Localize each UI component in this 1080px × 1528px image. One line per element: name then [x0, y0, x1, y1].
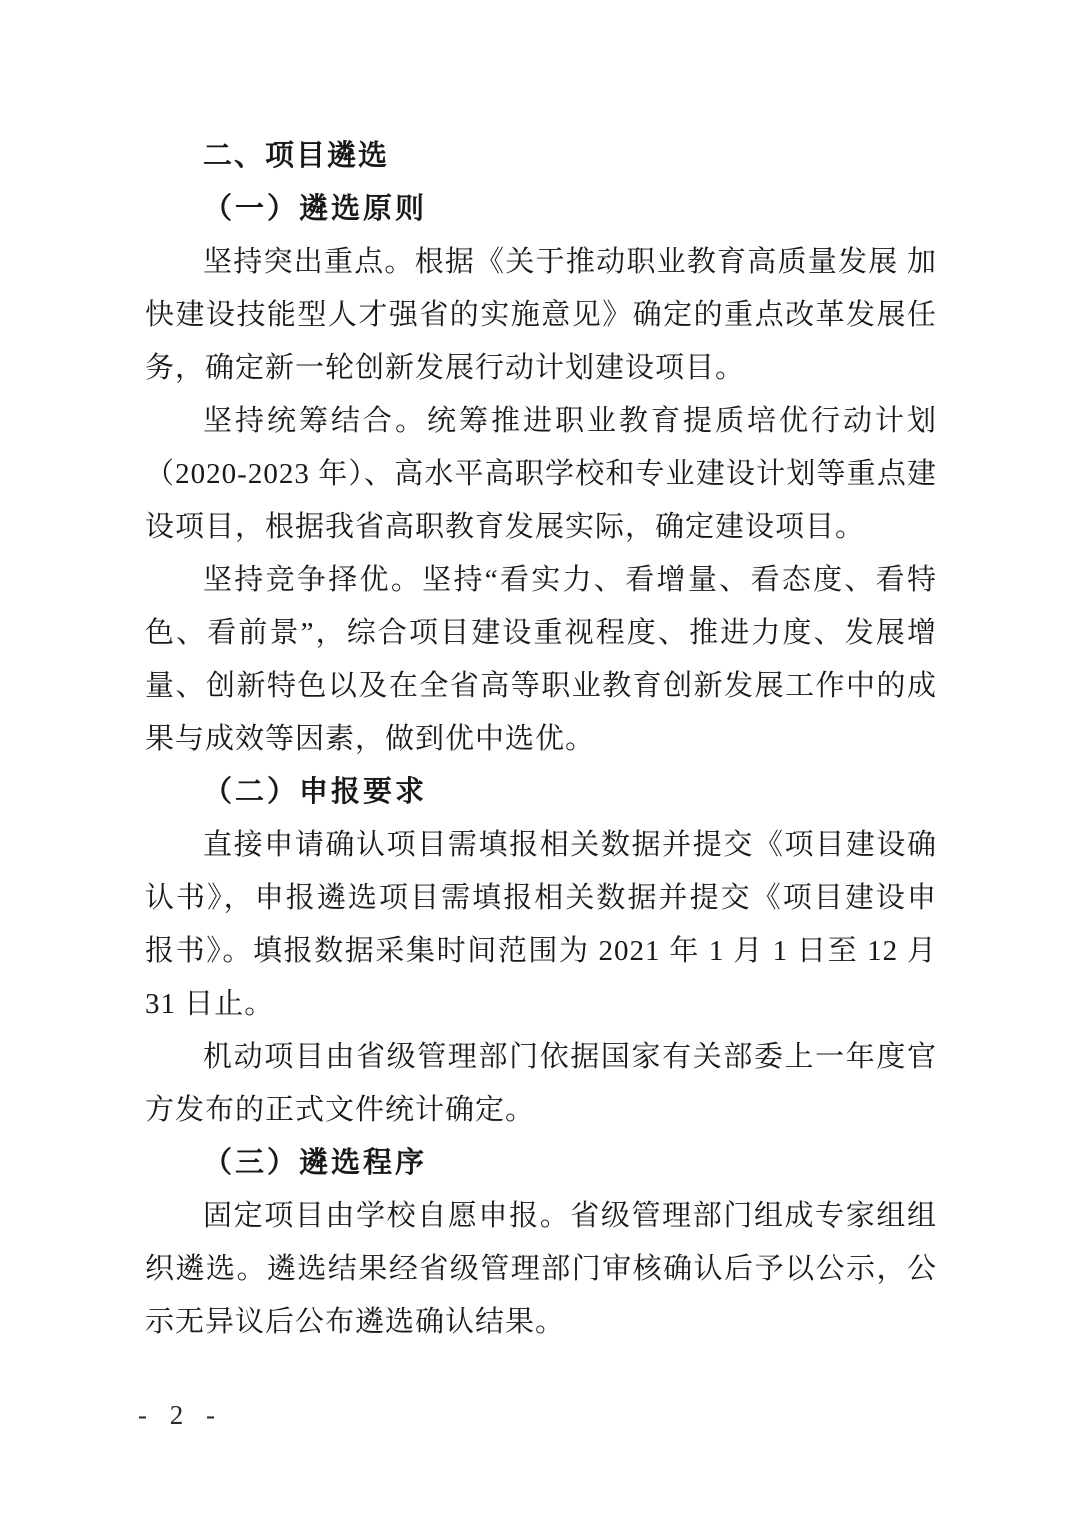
subsection-title-application-requirements: （二）申报要求	[145, 766, 937, 819]
page-number: - 2 -	[138, 1395, 223, 1435]
paragraph-competitive-selection: 坚持竞争择优。坚持“看实力、看增量、看态度、看特色、看前景”，综合项目建设重视程…	[145, 554, 937, 766]
paragraph-fixed-projects: 固定项目由学校自愿申报。省级管理部门组成专家组组织遴选。遴选结果经省级管理部门审…	[145, 1190, 937, 1349]
subsection-title-selection-principles: （一）遴选原则	[145, 183, 937, 236]
subsection-title-selection-procedure: （三）遴选程序	[145, 1137, 937, 1190]
main-section-heading: 二、项目遴选	[145, 130, 937, 183]
paragraph-flexible-projects: 机动项目由省级管理部门依据国家有关部委上一年度官方发布的正式文件统计确定。	[145, 1031, 937, 1137]
document-page: 二、项目遴选 （一）遴选原则 坚持突出重点。根据《关于推动职业教育高质量发展 加…	[0, 0, 1080, 1528]
paragraph-direct-application: 直接申请确认项目需填报相关数据并提交《项目建设确认书》，申报遴选项目需填报相关数…	[145, 819, 937, 1031]
document-body: 二、项目遴选 （一）遴选原则 坚持突出重点。根据《关于推动职业教育高质量发展 加…	[145, 130, 937, 1349]
paragraph-coordinated-integration: 坚持统筹结合。统筹推进职业教育提质培优行动计划（2020-2023 年）、高水平…	[145, 395, 937, 554]
paragraph-highlight-key-points: 坚持突出重点。根据《关于推动职业教育高质量发展 加快建设技能型人才强省的实施意见…	[145, 236, 937, 395]
